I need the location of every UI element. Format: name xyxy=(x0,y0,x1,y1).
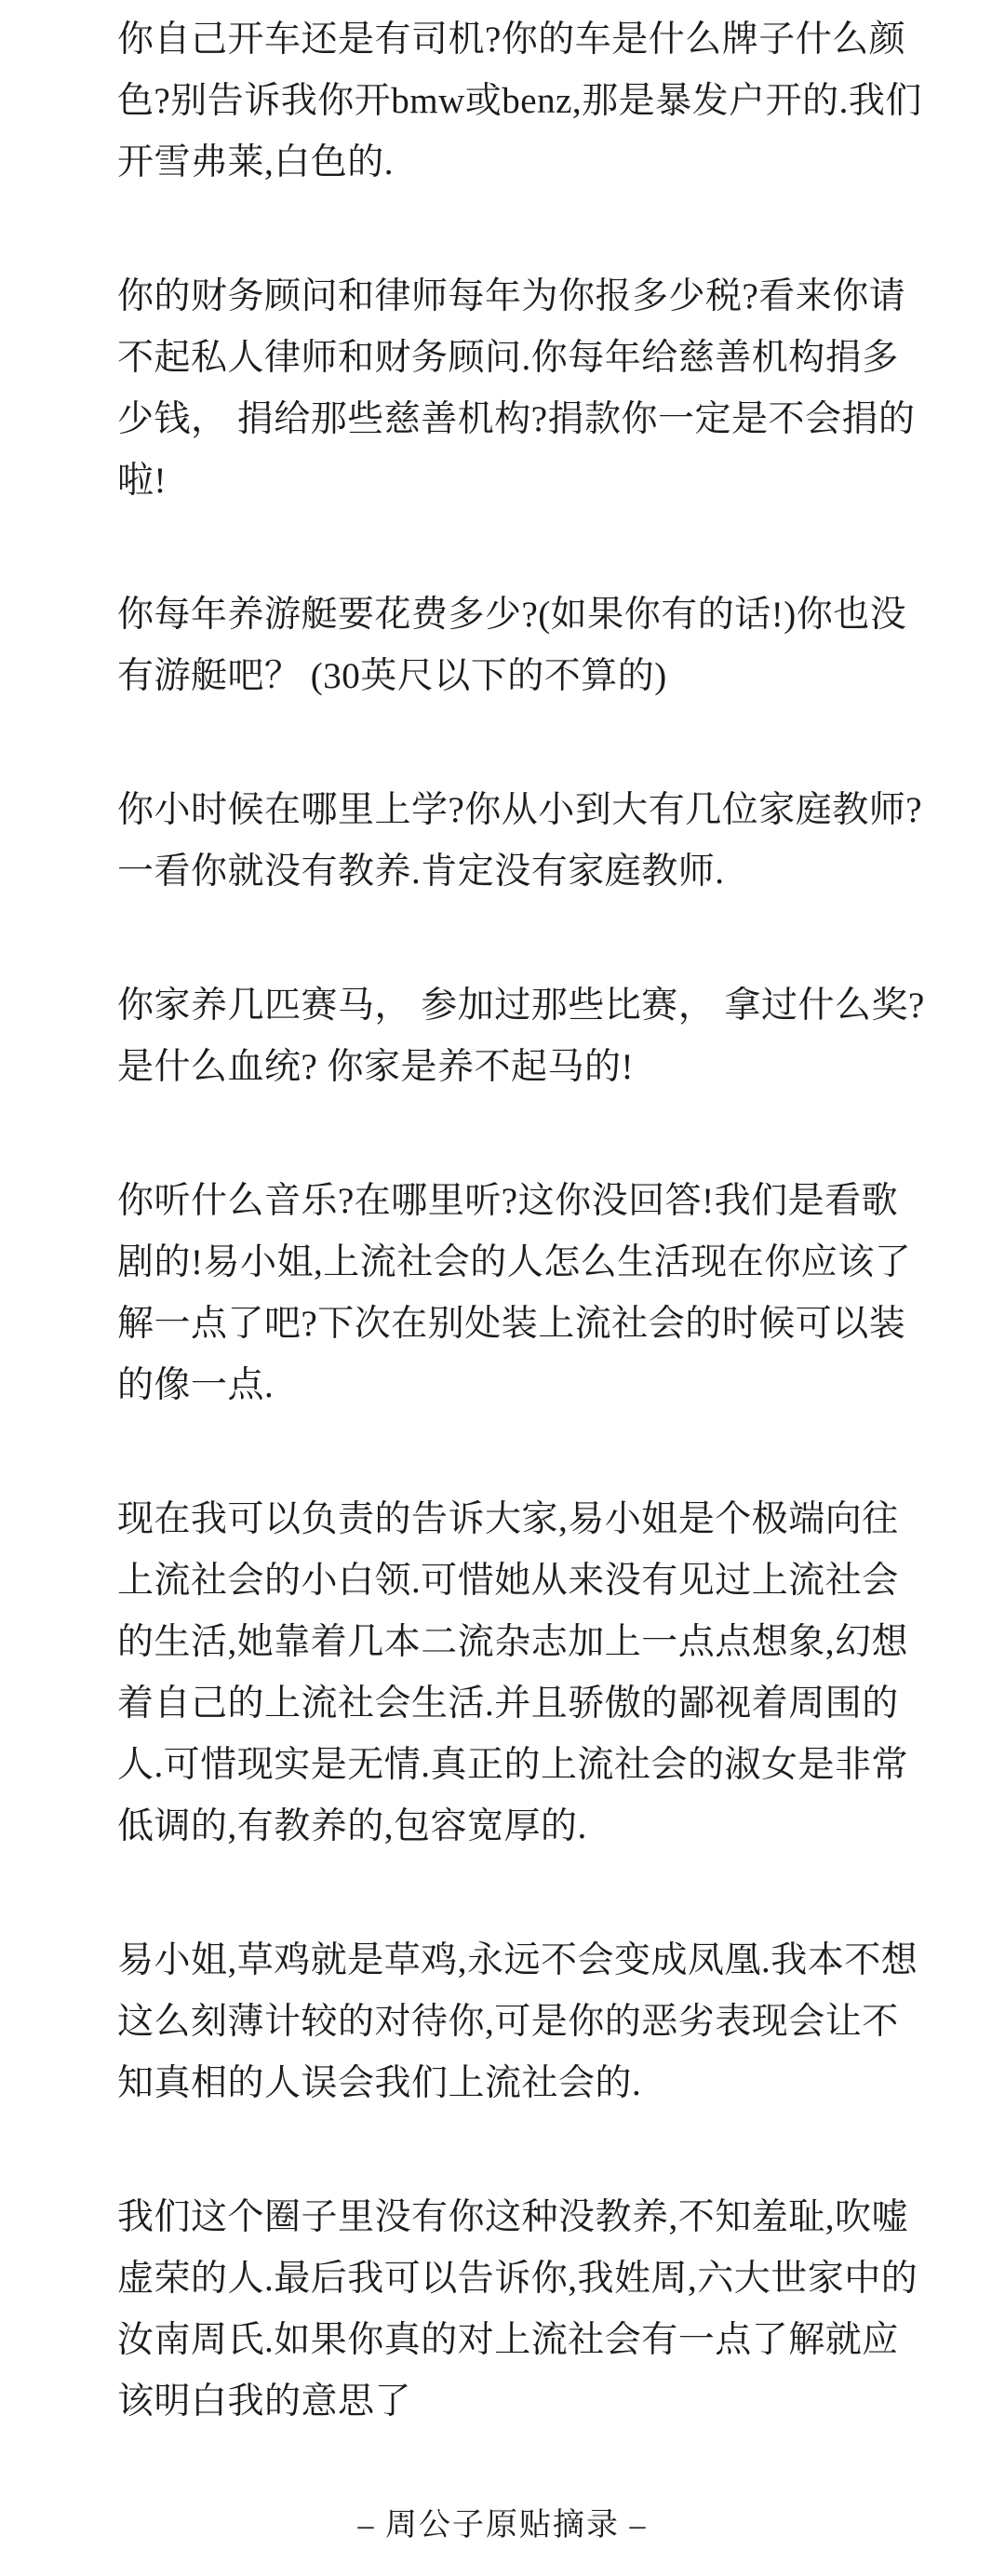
paragraph-car: 你自己开车还是有司机?你的车是什么牌子什么颜 色?别告诉我你开bmw或benz,… xyxy=(117,9,931,194)
paragraph-music-opera: 你听什么音乐?在哪里听?这你没回答!我们是看歌 剧的!易小姐,上流社会的人怎么生… xyxy=(117,1171,931,1416)
paragraph-phoenix: 易小姐,草鸡就是草鸡,永远不会变成凤凰.我本不想 这么刻薄计较的对待你,可是你的… xyxy=(117,1930,931,2114)
footer-caption: – 周公子原贴摘录 – xyxy=(358,2505,648,2546)
post-footer: – 周公子原贴摘录 – xyxy=(0,2505,1005,2546)
paragraph-conclusion: 现在我可以负责的告诉大家,易小姐是个极端向往 上流社会的小白领.可惜她从来没有见… xyxy=(117,1489,931,1858)
paragraph-racehorse: 你家养几匹赛马， 参加过那些比赛， 拿过什么奖? 是什么血统? 你家是养不起马的… xyxy=(117,975,931,1098)
paragraph-yacht: 你每年养游艇要花费多少?(如果你有的话!)你也没 有游艇吧？ (30英尺以下的不… xyxy=(117,584,931,707)
paragraph-tax-charity: 你的财务顾问和律师每年为你报多少税?看来你请 不起私人律师和财务顾问.你每年给慈… xyxy=(117,266,931,512)
paragraph-family-name: 我们这个圈子里没有你这种没教养,不知羞耻,吹嘘 虚荣的人.最后我可以告诉你,我姓… xyxy=(117,2187,931,2433)
paragraph-school-tutor: 你小时候在哪里上学?你从小到大有几位家庭教师? 一看你就没有教养.肯定没有家庭教… xyxy=(117,780,931,903)
post-body: 你自己开车还是有司机?你的车是什么牌子什么颜 色?别告诉我你开bmw或benz,… xyxy=(0,0,1005,2433)
